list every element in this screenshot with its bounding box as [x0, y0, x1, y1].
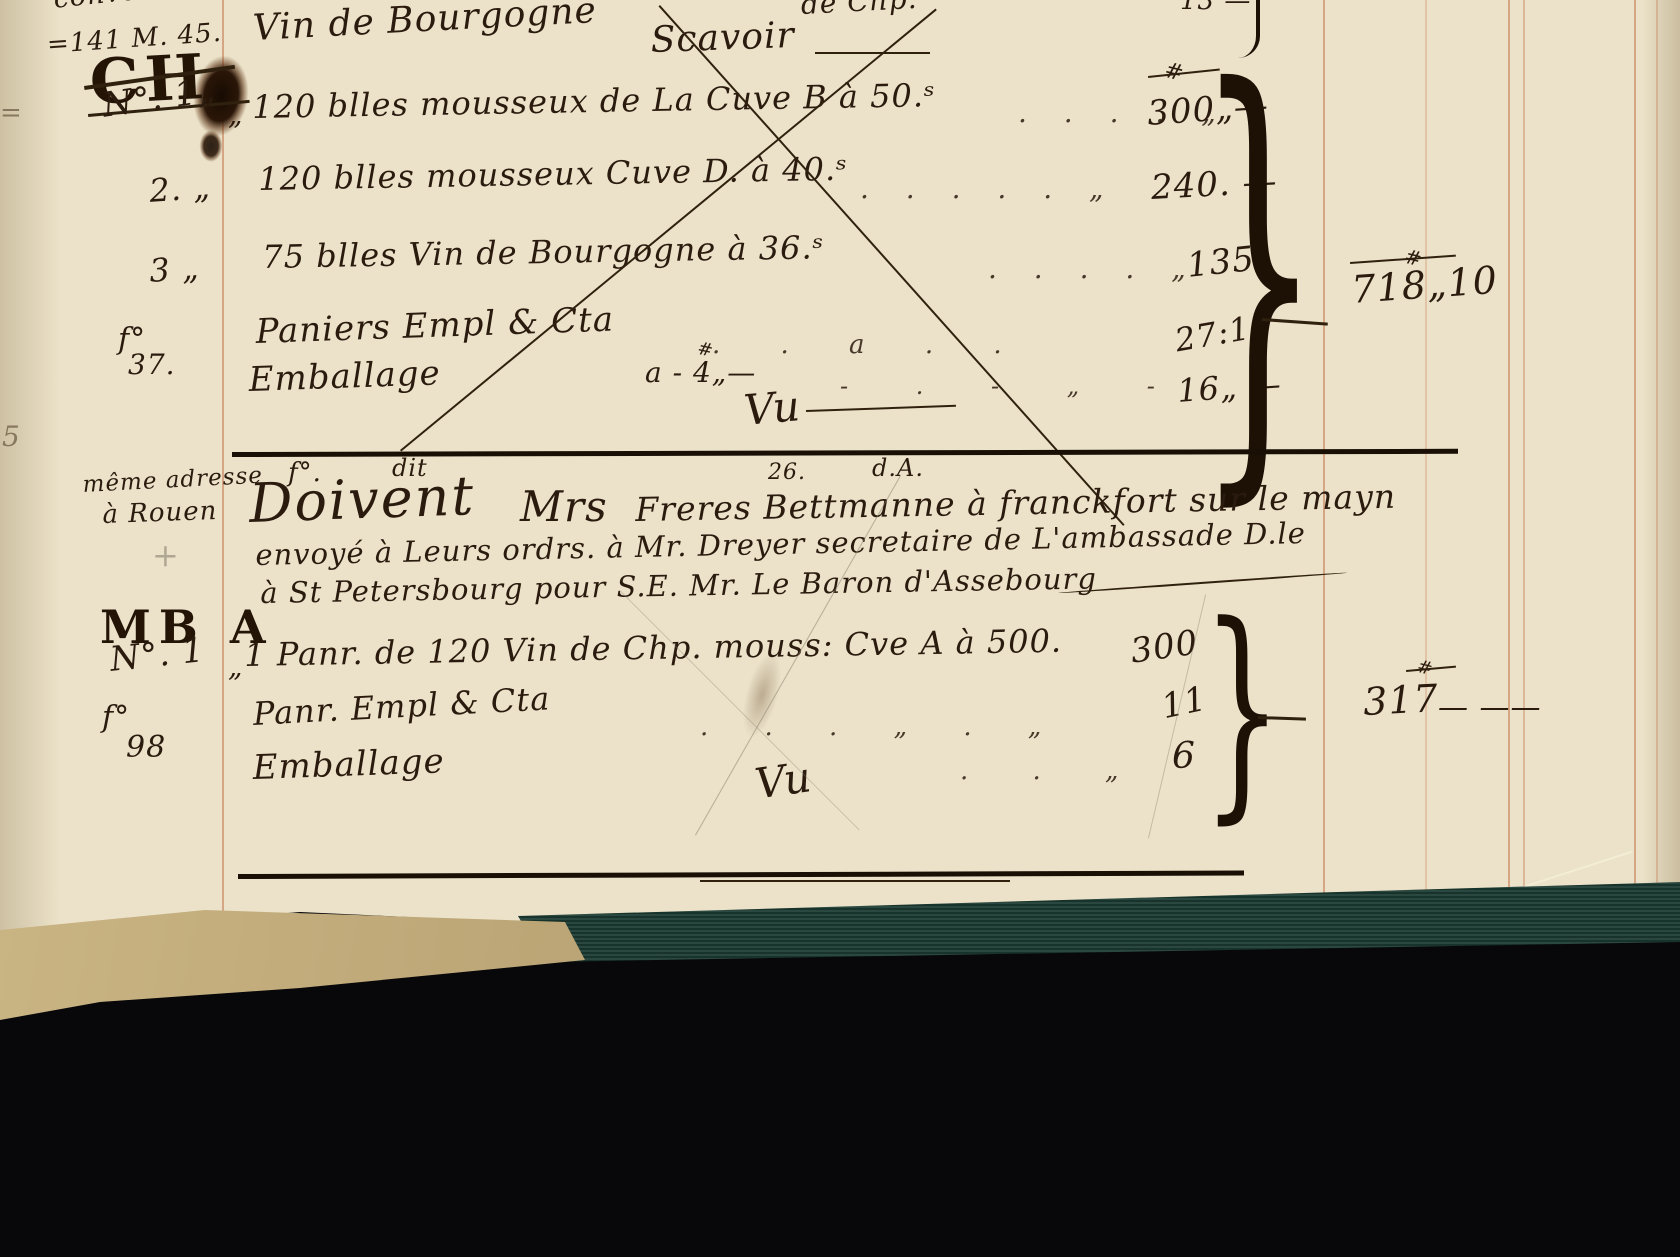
- column-rule-mid: [1425, 0, 1427, 893]
- edge-fragment-1: =: [0, 98, 23, 128]
- entry2-pencil-cross: +: [152, 536, 180, 574]
- column-rule-edge-1: [1634, 0, 1636, 888]
- entry2-vu-mark: Vu: [752, 752, 815, 808]
- entry2-margin-address-2: à Rouen: [102, 496, 218, 530]
- entry2-total: 317: [1362, 676, 1440, 724]
- entry1-row5-leader: - . - „ -: [840, 372, 1185, 400]
- column-rule-right-1: [1508, 0, 1510, 890]
- column-rule-right-2: [1523, 0, 1525, 890]
- entry2-row1-mark: „: [228, 650, 244, 683]
- entry1-row5-desc: Emballage: [248, 353, 441, 400]
- entry1-row3-no: 3 „: [148, 249, 201, 290]
- entry2-row3-desc: Emballage: [252, 741, 445, 788]
- entry1-brace: }: [1196, 34, 1322, 504]
- entry1-row2-leader: . . . . . „: [860, 172, 1118, 205]
- entry1-row3-leader: . . . . „: [988, 252, 1200, 285]
- entry2-brace: }: [1202, 596, 1282, 826]
- entry1-row2-no: 2. „: [148, 168, 212, 210]
- edge-fragment-2: 5: [2, 420, 21, 453]
- entry1-row4-leader: . . a . .: [712, 330, 1028, 360]
- entry1-row1-mark: „: [228, 98, 244, 131]
- entry2-mrs: Mrs: [520, 482, 608, 531]
- entry2-doivent: Doivent: [248, 464, 476, 535]
- entry2-total-dashes: — ——: [1438, 690, 1542, 725]
- entry2-bottom-rule-double: [700, 880, 1010, 882]
- entry1-vu-mark: Vu: [742, 381, 803, 435]
- column-rule-amounts: [1323, 0, 1325, 896]
- ledger-photograph: convenu de payer à Mr Hempel =141 M. 45.…: [0, 0, 1680, 1257]
- entry2-folio-n: 98: [126, 730, 166, 765]
- entry1-folio-n: 37.: [128, 348, 176, 381]
- entry2-row3-leader: . . „: [960, 756, 1147, 786]
- entry1-row5-mid: a - 4„—: [645, 356, 756, 389]
- entry2-sup-26: 26.: [768, 460, 806, 485]
- pen-stroke-scavoir-dash: [815, 52, 930, 54]
- column-rule-edge-2: [1656, 0, 1658, 886]
- ink-blot-drip: [198, 128, 224, 164]
- entry2-row3-amount: 6: [1172, 736, 1196, 777]
